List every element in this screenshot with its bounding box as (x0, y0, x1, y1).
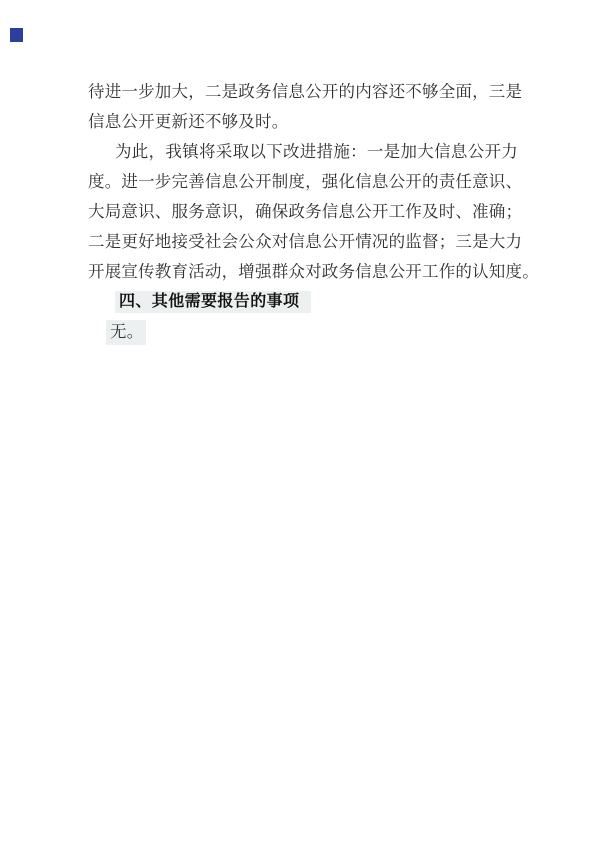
body-line: 二是更好地接受社会公众对信息公开情况的监督；三是大力 (88, 227, 518, 257)
document-page: 待进一步加大，二是政务信息公开的内容还不够全面，三是 信息公开更新还不够及时。 … (0, 0, 600, 848)
body-line: 大局意识、服务意识，确保政务信息公开工作及时、准确； (88, 197, 518, 227)
body-line: 为此，我镇将采取以下改进措施：一是加大信息公开力 (88, 137, 518, 167)
note: 无。 (88, 317, 518, 347)
note-text: 无。 (106, 320, 146, 345)
body-line: 待进一步加大，二是政务信息公开的内容还不够全面，三是 (88, 77, 518, 107)
section-heading: 四、其他需要报告的事项 (88, 287, 518, 317)
corner-marker-icon (10, 28, 23, 42)
body-line: 开展宣传教育活动，增强群众对政务信息公开工作的认知度。 (88, 257, 518, 287)
document-text: 待进一步加大，二是政务信息公开的内容还不够全面，三是 信息公开更新还不够及时。 … (88, 77, 528, 347)
section-heading-text: 四、其他需要报告的事项 (115, 291, 311, 313)
body-line: 信息公开更新还不够及时。 (88, 107, 518, 137)
body-line: 度。进一步完善信息公开制度，强化信息公开的责任意识、 (88, 167, 518, 197)
